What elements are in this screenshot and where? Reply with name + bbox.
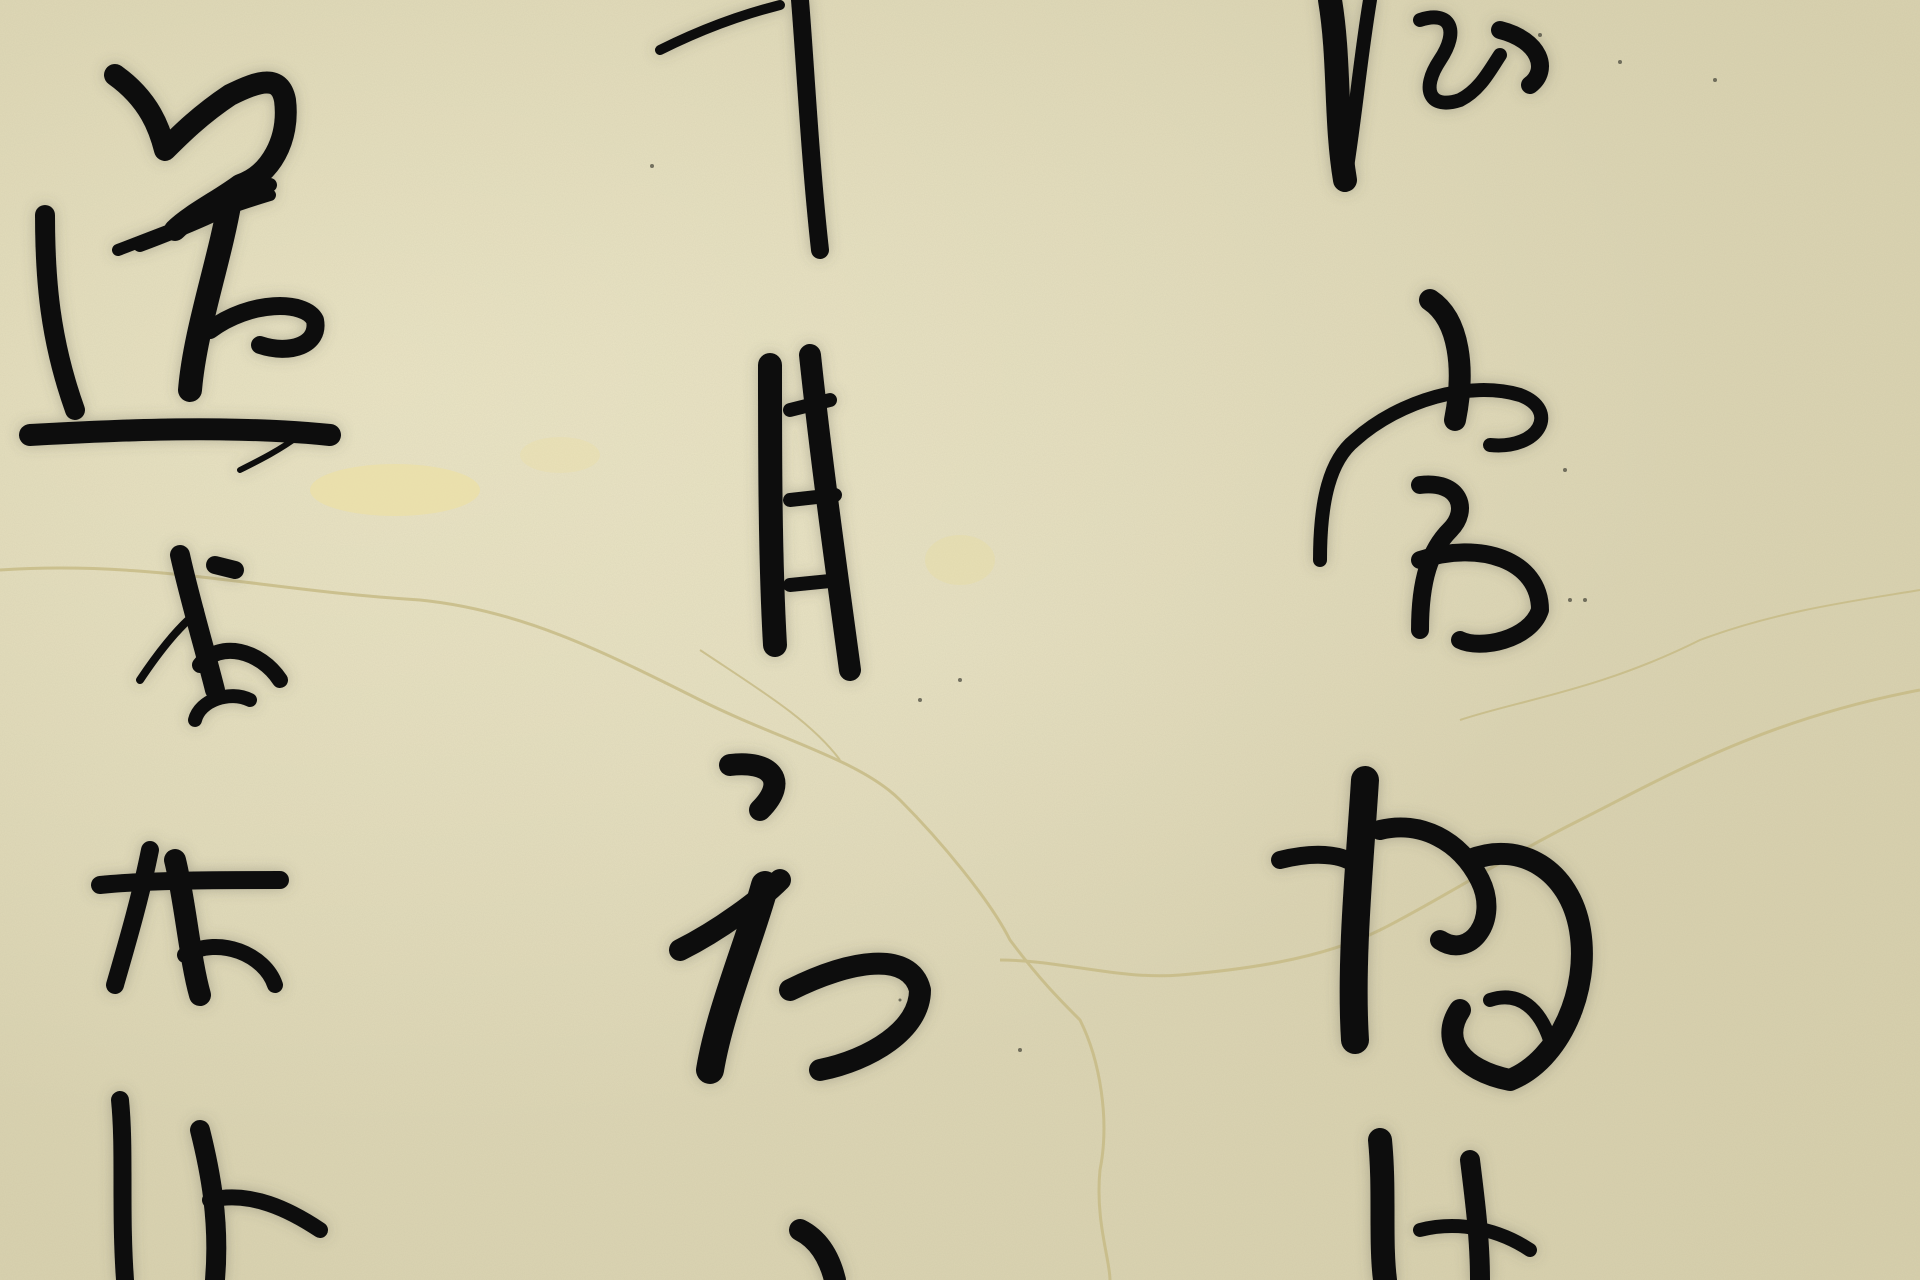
- paper-texture: [0, 0, 1920, 1280]
- calligraphy-photo: Chinese cursive calligraphy on aged pape…: [0, 0, 1920, 1280]
- calligraphy-artwork: [0, 0, 1920, 1280]
